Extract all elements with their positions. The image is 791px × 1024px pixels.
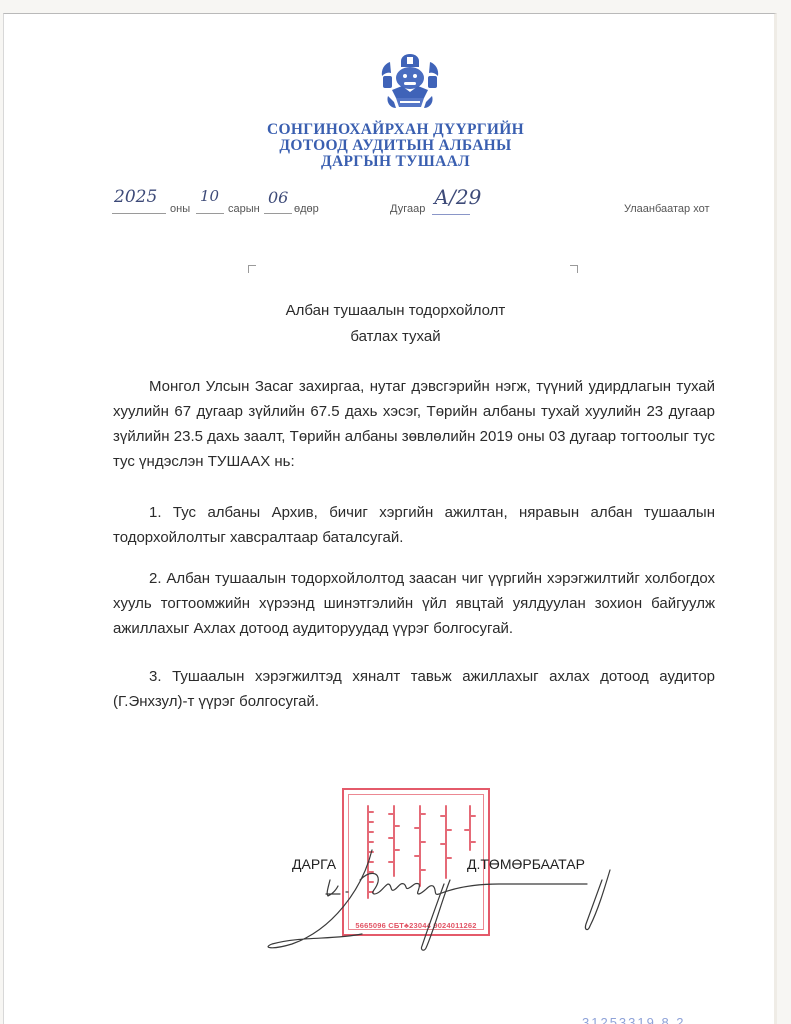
footer-stamped-number: 31253319 8 2 (582, 1015, 686, 1024)
handwritten-signature-icon (260, 840, 640, 960)
day-underline (264, 213, 292, 214)
city-label: Улаанбаатар хот (624, 203, 710, 215)
document-type-title: ДАРГЫН ТУШААЛ (0, 153, 791, 171)
soyombo-emblem-icon (378, 52, 442, 114)
month-handwritten: 10 (200, 187, 219, 205)
year-label: оны (170, 203, 190, 215)
number-underline (432, 214, 470, 215)
title-corner-right (570, 265, 578, 273)
month-label: сарын (228, 203, 260, 215)
day-handwritten: 06 (268, 188, 288, 207)
preamble-paragraph: Монгол Улсын Засаг захиргаа, нутаг дэвсг… (113, 374, 715, 474)
number-label: Дугаар (390, 203, 425, 215)
order-item-1: 1. Тус албаны Архив, бичиг хэргийн ажилт… (113, 500, 715, 550)
order-item-3: 3. Тушаалын хэрэгжилтэд хяналт тавьж ажи… (113, 664, 715, 714)
month-underline (196, 213, 224, 214)
subject-title-line1: Албан тушаалын тодорхойлолт (0, 302, 791, 319)
title-corner-left (248, 265, 256, 273)
day-label: өдөр (294, 203, 319, 215)
subject-title-line2: батлах тухай (0, 328, 791, 345)
order-item-2: 2. Албан тушаалын тодорхойлолтод заасан … (113, 566, 715, 641)
number-handwritten: А/29 (434, 185, 481, 209)
year-underline (112, 213, 166, 214)
year-handwritten: 2025 (114, 187, 157, 207)
